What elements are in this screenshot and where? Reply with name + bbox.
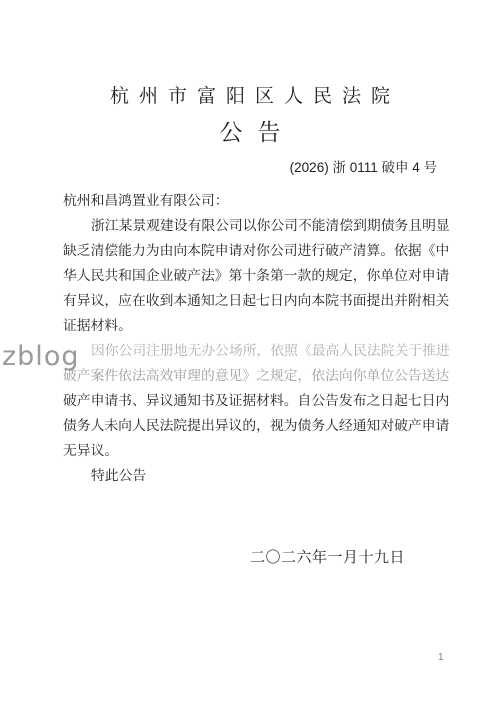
document-body: 杭州和昌鸿置业有限公司：浙江某景观建设有限公司以你公司不能清偿到期债务且明显缺乏… — [63, 188, 455, 488]
court-name: 杭州市富阳区人民法院 — [0, 81, 500, 108]
body-line: 因你公司注册地无办公场所，依照《最高人民法院关于推进 — [63, 338, 455, 363]
body-line: 证据材料。 — [63, 313, 455, 338]
body-line: 缺乏清偿能力为由向本院申请对你公司进行破产清算。依据《中 — [63, 238, 455, 263]
body-line: 华人民共和国企业破产法》第十条第一款的规定，你单位对申请 — [63, 263, 455, 288]
body-line: 破产申请书、异议通知书及证据材料。自公告发布之日起七日内 — [63, 388, 455, 413]
document-title: 公告 — [0, 114, 500, 147]
case-number: (2026) 浙 0111 破申 4 号 — [290, 156, 437, 176]
body-line: 有异议，应在收到本通知之日起七日内向本院书面提出并附相关 — [63, 288, 455, 313]
body-line: 破产案件依法高效审理的意见》之规定，依法向你单位公告送达 — [63, 363, 455, 388]
body-line: 浙江某景观建设有限公司以你公司不能清偿到期债务且明显 — [63, 213, 455, 238]
body-line: 无异议。 — [63, 438, 455, 463]
page-number: 1 — [438, 652, 444, 663]
document-page: zblog 杭州市富阳区人民法院 公告 (2026) 浙 0111 破申 4 号… — [0, 0, 500, 707]
body-line: 杭州和昌鸿置业有限公司： — [63, 188, 455, 213]
body-line: 债务人未向人民法院提出异议的，视为债务人经通知对破产申请 — [63, 413, 455, 438]
body-line: 特此公告 — [63, 463, 455, 488]
announcement-date: 二〇二六年一月十九日 — [250, 546, 405, 567]
